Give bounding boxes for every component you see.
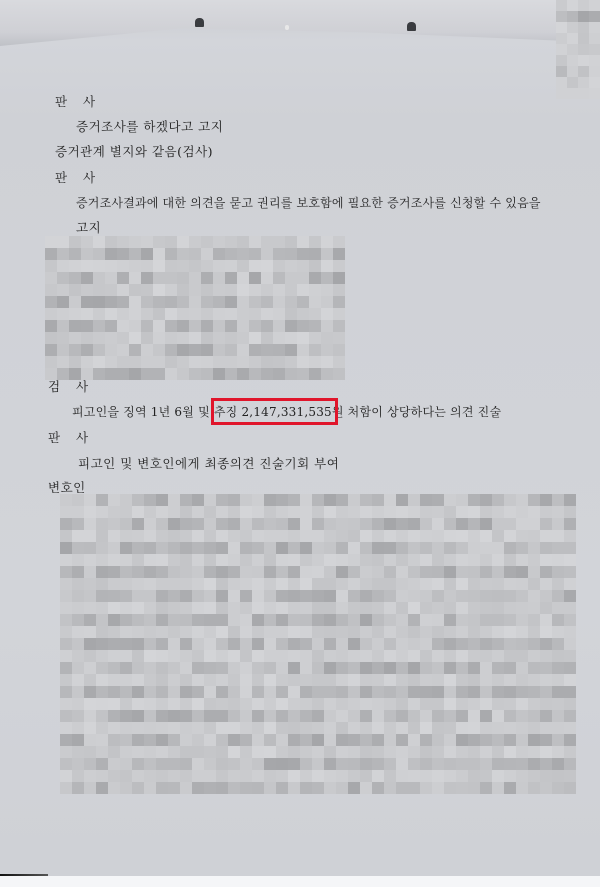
statement-judge-3: 피고인 및 변호인에게 최종의견 진술기회 부여 [78, 456, 339, 472]
paper-speck [285, 25, 289, 30]
paper-fold-shadow [0, 0, 600, 46]
statement-judge-2-continuation: 고지 [76, 220, 101, 236]
statement-judge-2: 증거조사결과에 대한 의견을 묻고 권리를 보호함에 필요한 증거조사를 신청할… [76, 195, 541, 211]
staple-icon [195, 18, 204, 27]
statement-prefix: 피고인을 징역 1년 6월 및 [72, 405, 214, 419]
speaker-prosecutor: 검 사 [48, 379, 94, 395]
statement-suffix: 처함이 상당하다는 의견 진술 [344, 405, 502, 419]
scanned-document-page: 판 사 증거조사를 하겠다고 고지 증거관계 별지와 같음(검사) 판 사 증거… [0, 0, 600, 887]
highlight-box [211, 398, 338, 425]
speaker-judge-2: 판 사 [55, 170, 101, 186]
redacted-block [45, 236, 345, 371]
speaker-judge-1: 판 사 [55, 94, 101, 110]
statement-judge-1: 증거조사를 하겠다고 고지 [76, 119, 223, 135]
staple-icon [407, 22, 416, 31]
speaker-judge-3: 판 사 [48, 430, 94, 446]
redacted-block [60, 494, 568, 794]
redacted-corner-mosaic [556, 0, 600, 95]
evidence-note: 증거관계 별지와 같음(검사) [55, 144, 213, 160]
page-bottom-margin [0, 876, 600, 887]
